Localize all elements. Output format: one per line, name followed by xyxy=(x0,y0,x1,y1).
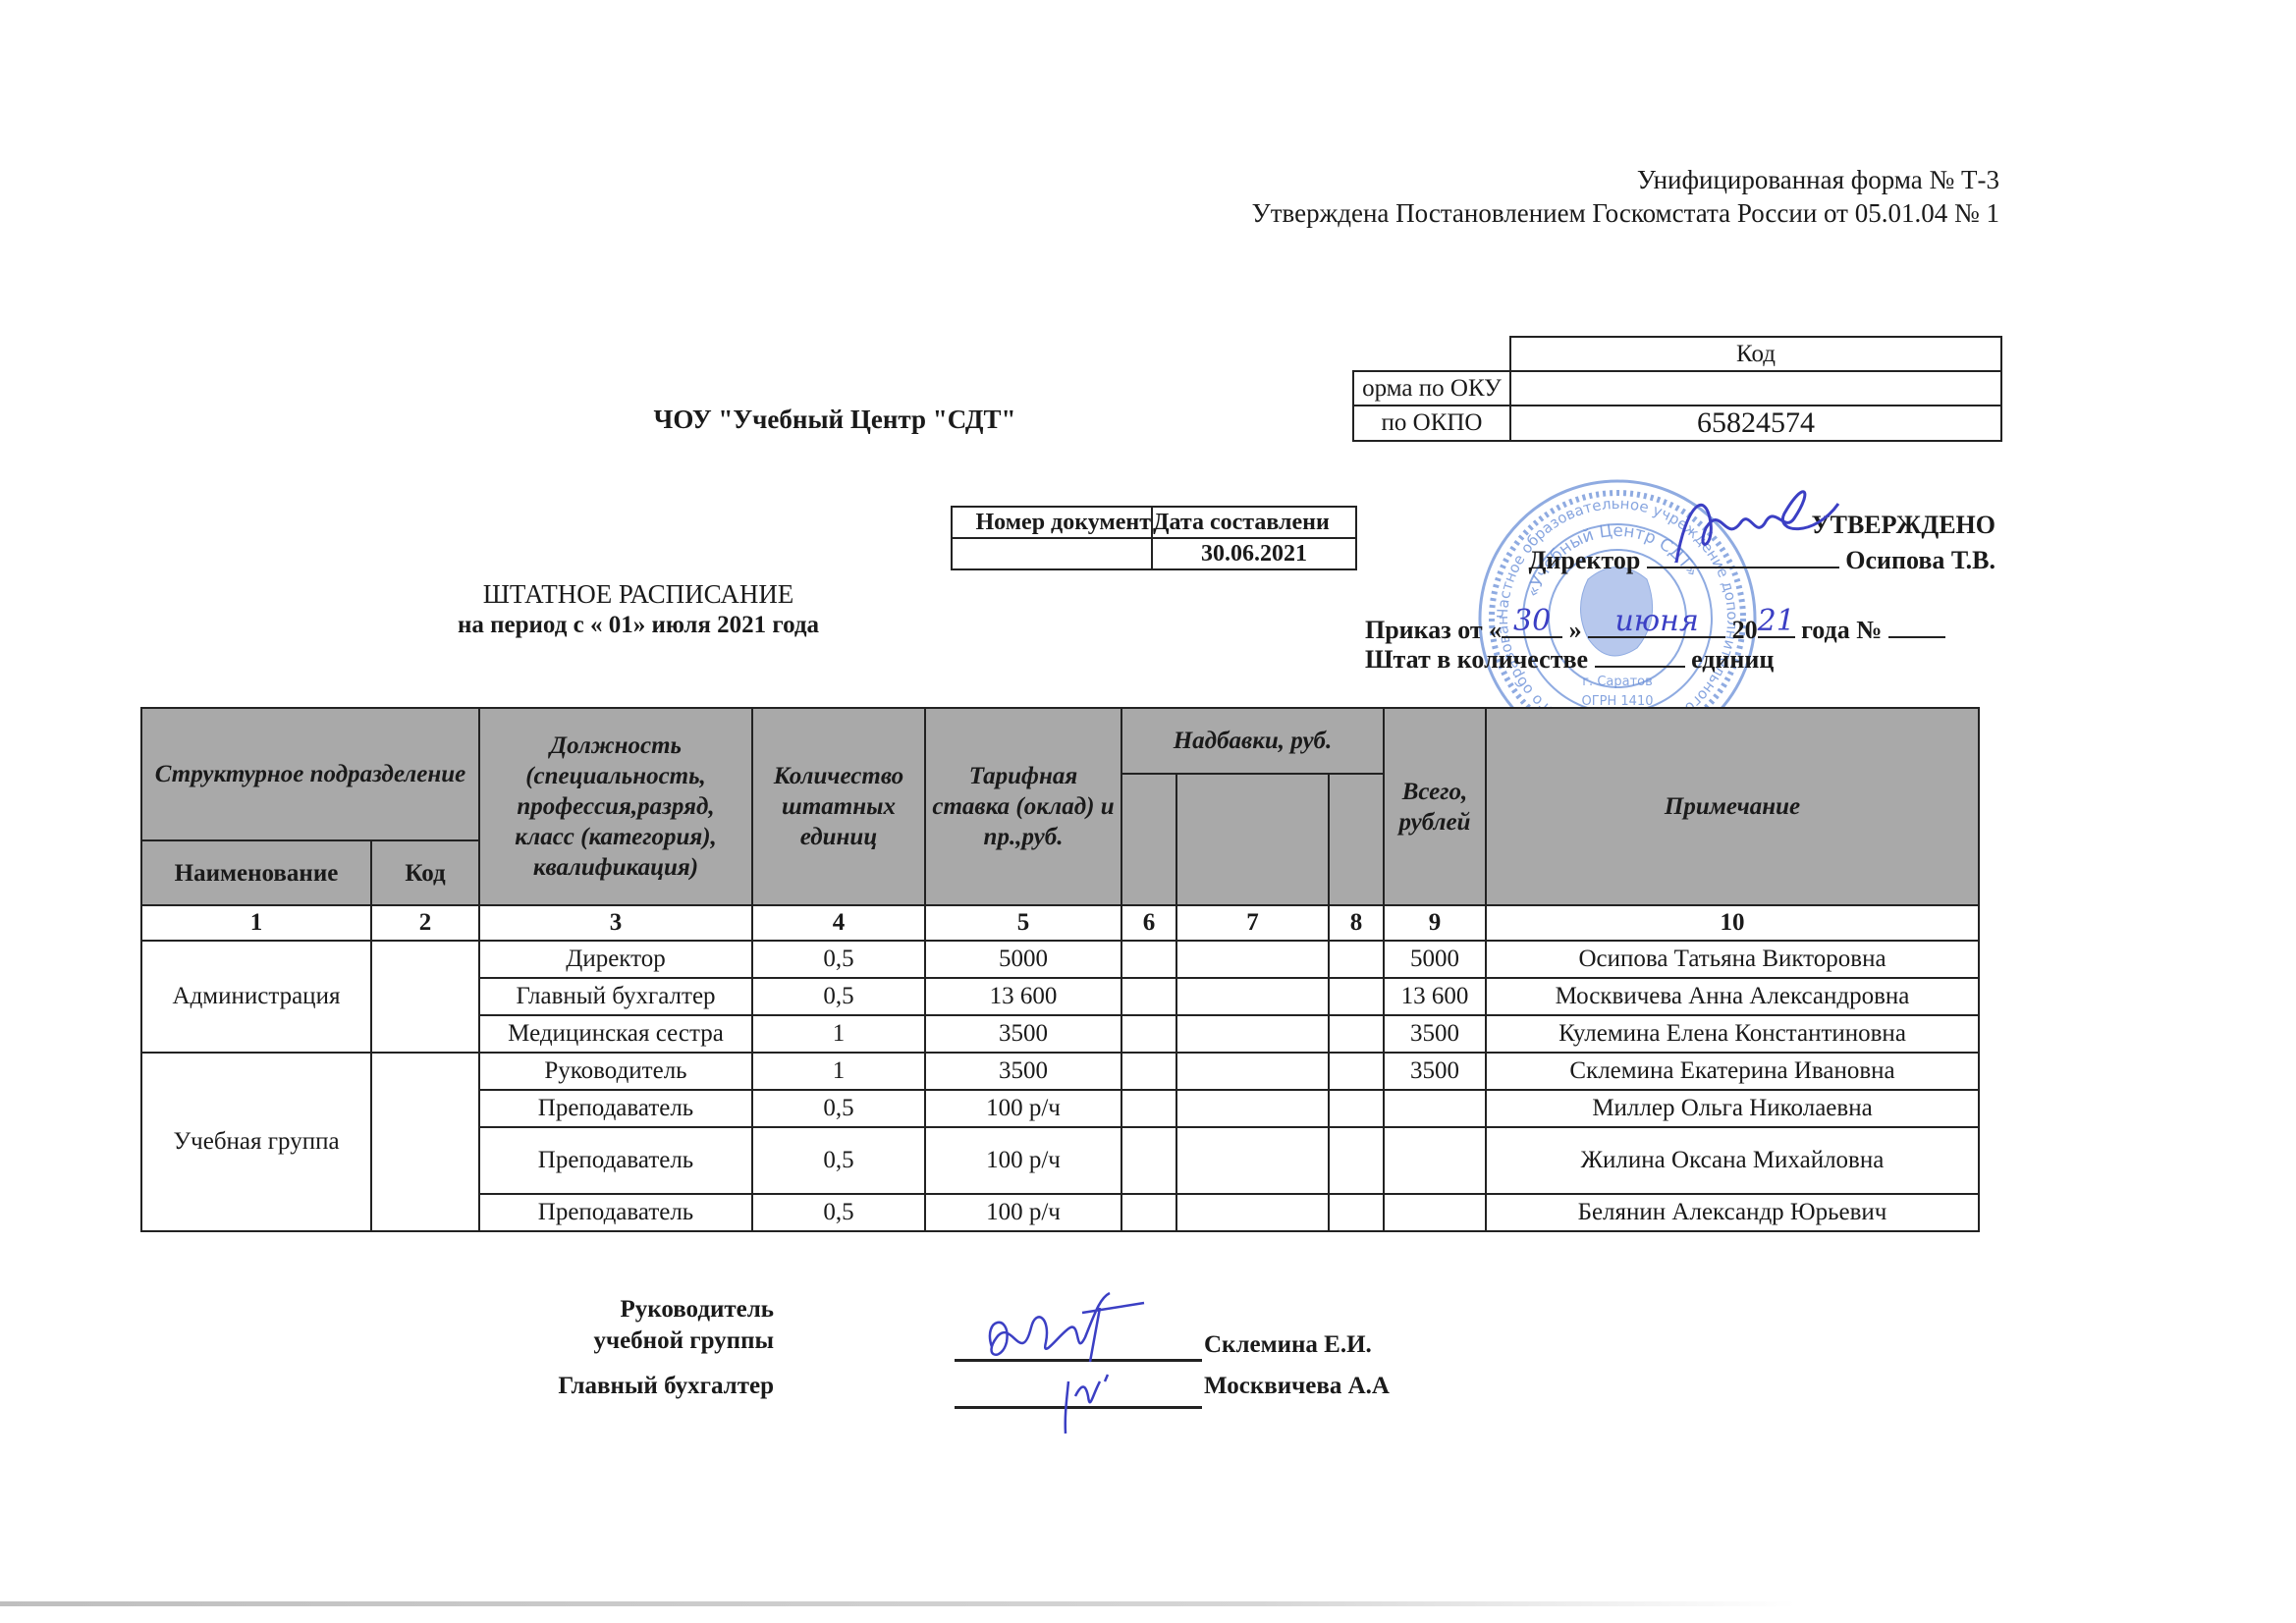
document-title: ШТАТНОЕ РАСПИСАНИЕ xyxy=(373,579,903,610)
header-allowance-8 xyxy=(1329,774,1384,905)
rate-cell: 3500 xyxy=(925,1053,1121,1090)
column-number-7: 7 xyxy=(1176,905,1329,941)
note-cell: Склемина Екатерина Ивановна xyxy=(1486,1053,1979,1090)
column-number-4: 4 xyxy=(752,905,925,941)
allowance-8-cell xyxy=(1329,978,1384,1015)
order-year-field: 21 xyxy=(1758,615,1795,638)
order-prefix: Приказ от « xyxy=(1365,616,1502,644)
order-month-value: июня xyxy=(1588,604,1725,638)
document-period: на период с « 01» июля 2021 года xyxy=(373,612,903,639)
allowance-6-cell xyxy=(1121,1053,1176,1090)
total-cell: 13 600 xyxy=(1384,978,1486,1015)
handwritten-signatures-icon xyxy=(972,1288,1159,1435)
document-number-value xyxy=(952,538,1152,569)
order-line: Приказ от «30 » июня 2021 года № xyxy=(1365,615,1945,645)
note-cell: Жилина Оксана Михайловна xyxy=(1486,1127,1979,1194)
column-number-10: 10 xyxy=(1486,905,1979,941)
header-position: Должность (специальность, профессия,разр… xyxy=(479,708,752,905)
svg-text:г. Саратов: г. Саратов xyxy=(1582,675,1653,689)
position-cell: Преподаватель xyxy=(479,1090,752,1127)
okpo-value: 65824574 xyxy=(1510,406,2001,441)
total-cell xyxy=(1384,1127,1486,1194)
column-numbers-row: 12345678910 xyxy=(141,905,1979,941)
column-number-2: 2 xyxy=(371,905,479,941)
header-division-code: Код xyxy=(371,840,479,905)
header-division: Структурное подразделение xyxy=(141,708,479,840)
units-cell: 0,5 xyxy=(752,978,925,1015)
order-mid: » xyxy=(1569,616,1582,644)
staff-prefix: Штат в количестве xyxy=(1365,645,1588,674)
table-row: АдминистрацияДиректор0,550005000Осипова … xyxy=(141,941,1979,978)
division-code-cell xyxy=(371,941,479,1053)
organization-name: ЧОУ "Учебный Центр "СДТ" xyxy=(579,405,1090,435)
allowance-8-cell xyxy=(1329,1015,1384,1053)
document-date-label: Дата составлени xyxy=(1152,507,1356,538)
position-cell: Директор xyxy=(479,941,752,978)
rate-cell: 100 р/ч xyxy=(925,1194,1121,1231)
rate-cell: 5000 xyxy=(925,941,1121,978)
column-number-9: 9 xyxy=(1384,905,1486,941)
rate-cell: 3500 xyxy=(925,1015,1121,1053)
position-cell: Главный бухгалтер xyxy=(479,978,752,1015)
division-name-cell: Администрация xyxy=(141,941,371,1053)
header-division-name: Наименование xyxy=(141,840,371,905)
units-cell: 0,5 xyxy=(752,1194,925,1231)
column-number-1: 1 xyxy=(141,905,371,941)
order-year-prefix: 20 xyxy=(1732,616,1758,644)
codes-corner-cell xyxy=(1353,337,1510,371)
note-cell: Миллер Ольга Николаевна xyxy=(1486,1090,1979,1127)
units-cell: 0,5 xyxy=(752,1090,925,1127)
column-number-6: 6 xyxy=(1121,905,1176,941)
allowance-6-cell xyxy=(1121,1127,1176,1194)
director-label: Директор xyxy=(1529,546,1641,574)
rate-cell: 100 р/ч xyxy=(925,1090,1121,1127)
director-signature-field xyxy=(1647,545,1839,568)
allowance-6-cell xyxy=(1121,1194,1176,1231)
okud-label: орма по ОКУ xyxy=(1353,371,1510,406)
division-code-cell xyxy=(371,1053,479,1231)
order-day-field: 30 xyxy=(1502,615,1562,638)
signature-role-accountant: Главный бухгалтер xyxy=(450,1373,774,1400)
allowance-6-cell xyxy=(1121,1015,1176,1053)
allowance-7-cell xyxy=(1176,941,1329,978)
order-year-value: 21 xyxy=(1758,604,1795,638)
order-month-field: июня xyxy=(1588,615,1725,638)
order-number-field xyxy=(1888,615,1945,638)
director-signature-icon xyxy=(1667,484,1853,572)
allowance-7-cell xyxy=(1176,1194,1329,1231)
scan-edge-shadow xyxy=(0,1601,1797,1606)
allowance-8-cell xyxy=(1329,1090,1384,1127)
division-name-cell: Учебная группа xyxy=(141,1053,371,1231)
rate-cell: 100 р/ч xyxy=(925,1127,1121,1194)
staffing-table: Структурное подразделение Должность (спе… xyxy=(140,707,1980,1232)
director-approval-line: Директор Осипова Т.В. xyxy=(1529,545,1995,575)
allowance-7-cell xyxy=(1176,978,1329,1015)
staff-count-field xyxy=(1595,644,1685,668)
signature-role-line1: Руководитель xyxy=(450,1294,774,1325)
total-cell xyxy=(1384,1090,1486,1127)
position-cell: Руководитель xyxy=(479,1053,752,1090)
allowance-6-cell xyxy=(1121,1090,1176,1127)
codes-table: Код орма по ОКУ по ОКПО 65824574 xyxy=(1352,336,2002,442)
table-row: Учебная группаРуководитель135003500Склем… xyxy=(141,1053,1979,1090)
header-note: Примечание xyxy=(1486,708,1979,905)
form-approval-note: Утверждена Постановлением Госкомстата Ро… xyxy=(1252,198,1999,229)
allowance-7-cell xyxy=(1176,1127,1329,1194)
note-cell: Осипова Татьяна Викторовна xyxy=(1486,941,1979,978)
document-date-value: 30.06.2021 xyxy=(1152,538,1356,569)
units-cell: 1 xyxy=(752,1015,925,1053)
note-cell: Москвичева Анна Александровна xyxy=(1486,978,1979,1015)
units-cell: 1 xyxy=(752,1053,925,1090)
note-cell: Кулемина Елена Константиновна xyxy=(1486,1015,1979,1053)
column-number-3: 3 xyxy=(479,905,752,941)
okpo-label: по ОКПО xyxy=(1353,406,1510,441)
director-name: Осипова Т.В. xyxy=(1845,546,1995,574)
document-number-date-table: Номер документ Дата составлени 30.06.202… xyxy=(951,506,1357,570)
units-cell: 0,5 xyxy=(752,941,925,978)
header-allowance-6 xyxy=(1121,774,1176,905)
column-number-8: 8 xyxy=(1329,905,1384,941)
total-cell: 3500 xyxy=(1384,1015,1486,1053)
allowance-7-cell xyxy=(1176,1090,1329,1127)
header-units: Количество штатных единиц xyxy=(752,708,925,905)
signature-name-accountant: Москвичева А.А xyxy=(1204,1373,1390,1400)
position-cell: Преподаватель xyxy=(479,1127,752,1194)
header-total: Всего, рублей xyxy=(1384,708,1486,905)
form-name: Унифицированная форма № Т-3 xyxy=(1637,165,1999,195)
total-cell: 5000 xyxy=(1384,941,1486,978)
order-suffix: года № xyxy=(1801,616,1882,644)
allowance-6-cell xyxy=(1121,941,1176,978)
signature-role-line2: учебной группы xyxy=(450,1325,774,1357)
codes-header: Код xyxy=(1510,337,2001,371)
position-cell: Медицинская сестра xyxy=(479,1015,752,1053)
staff-count-line: Штат в количестве единиц xyxy=(1365,644,1774,675)
staff-suffix: единиц xyxy=(1691,645,1774,674)
units-cell: 0,5 xyxy=(752,1127,925,1194)
allowance-8-cell xyxy=(1329,941,1384,978)
allowance-8-cell xyxy=(1329,1053,1384,1090)
signature-role-group-head: Руководитель учебной группы xyxy=(450,1294,774,1357)
allowance-6-cell xyxy=(1121,978,1176,1015)
position-cell: Преподаватель xyxy=(479,1194,752,1231)
allowance-8-cell xyxy=(1329,1194,1384,1231)
header-rate: Тарифная ставка (оклад) и пр.,руб. xyxy=(925,708,1121,905)
total-cell xyxy=(1384,1194,1486,1231)
note-cell: Белянин Александр Юрьевич xyxy=(1486,1194,1979,1231)
okud-value xyxy=(1510,371,2001,406)
document-number-label: Номер документ xyxy=(952,507,1152,538)
allowance-7-cell xyxy=(1176,1053,1329,1090)
allowance-7-cell xyxy=(1176,1015,1329,1053)
rate-cell: 13 600 xyxy=(925,978,1121,1015)
signature-name-group-head: Склемина Е.И. xyxy=(1204,1331,1372,1359)
order-day-value: 30 xyxy=(1502,604,1562,638)
header-allowances: Надбавки, руб. xyxy=(1121,708,1384,774)
total-cell: 3500 xyxy=(1384,1053,1486,1090)
header-allowance-7 xyxy=(1176,774,1329,905)
allowance-8-cell xyxy=(1329,1127,1384,1194)
column-number-5: 5 xyxy=(925,905,1121,941)
